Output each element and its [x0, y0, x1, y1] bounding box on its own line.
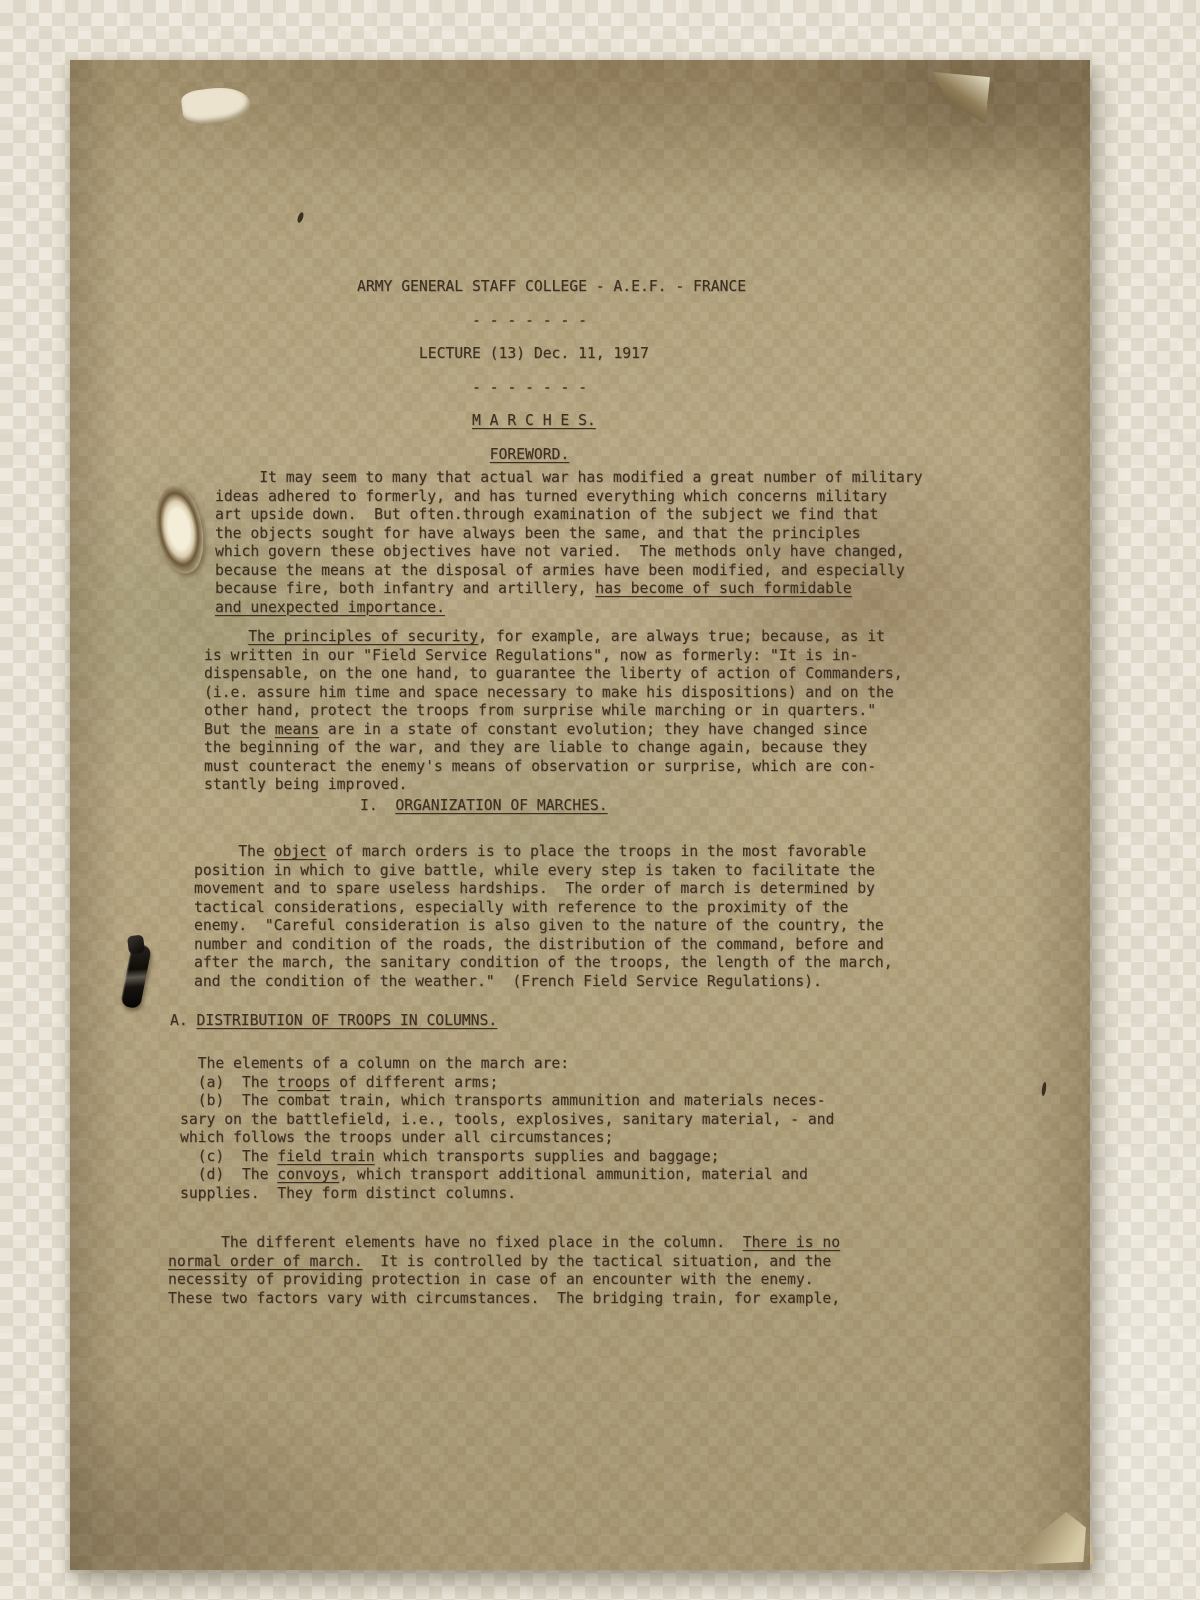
text-line: must counteract the enemy's means of obs… — [204, 758, 903, 777]
text-line: and the condition of the weather." (Fren… — [194, 973, 893, 992]
text-segment: other hand, protect the troops from surp… — [204, 702, 876, 719]
organization-paragraph: The object of march orders is to place t… — [194, 843, 893, 991]
text-segment: after the march, the sanitary condition … — [194, 954, 893, 971]
text-line: the objects sought for have always been … — [215, 525, 922, 544]
text-line: movement and to spare useless hardships.… — [194, 880, 893, 899]
text-line: the beginning of the war, and they are l… — [204, 739, 903, 758]
column-elements-list: The elements of a column on the march ar… — [180, 1055, 834, 1203]
underlined-text: convoys — [277, 1166, 339, 1183]
text-segment: LECTURE (13) Dec. 11, 1917 — [357, 345, 649, 362]
text-segment: (b) The combat train, which transports a… — [180, 1092, 826, 1109]
text-segment: must counteract the enemy's means of obs… — [204, 758, 876, 775]
text-segment: It may seem to many that actual war has … — [215, 469, 922, 486]
text-segment: art upside down. But often.through exami… — [215, 506, 878, 523]
text-segment: (c) The — [180, 1148, 277, 1165]
text-line: M A R C H E S. — [357, 404, 746, 438]
text-segment: , for example, are always true; because,… — [478, 628, 885, 645]
text-segment: I. — [360, 797, 395, 814]
text-segment — [357, 412, 472, 429]
section-heading-a: A. DISTRIBUTION OF TROOPS IN COLUMNS. — [170, 1012, 497, 1031]
text-line: because fire, both infantry and artiller… — [215, 580, 922, 599]
text-segment: A. — [170, 1012, 197, 1029]
text-line: A. DISTRIBUTION OF TROOPS IN COLUMNS. — [170, 1012, 497, 1031]
text-line: FOREWORD. — [357, 438, 746, 472]
underlined-text: The principles of security — [248, 628, 478, 645]
text-segment: the objects sought for have always been … — [215, 525, 861, 542]
text-segment: because the means at the disposal of arm… — [215, 562, 905, 579]
underlined-text: and unexpected importance. — [215, 599, 445, 616]
typewritten-text: ARMY GENERAL STAFF COLLEGE - A.E.F. - FR… — [70, 60, 1090, 1570]
text-line: position in which to give battle, while … — [194, 862, 893, 881]
text-segment: (i.e. assure him time and space necessar… — [204, 684, 894, 701]
text-line: ideas adhered to formerly, and has turne… — [215, 488, 922, 507]
underlined-text: field train — [277, 1148, 374, 1165]
text-segment: - - - - - - - — [357, 312, 587, 329]
text-line: necessity of providing protection in cas… — [168, 1271, 840, 1290]
text-segment: the beginning of the war, and they are l… — [204, 739, 867, 756]
text-line: sary on the battlefield, i.e., tools, ex… — [180, 1111, 834, 1130]
text-segment: of different arms; — [330, 1074, 498, 1091]
text-segment: The different elements have no fixed pla… — [168, 1234, 743, 1251]
text-line: after the march, the sanitary condition … — [194, 954, 893, 973]
text-line: (d) The convoys, which transport additio… — [180, 1166, 834, 1185]
text-line: I. ORGANIZATION OF MARCHES. — [360, 797, 608, 816]
text-line: art upside down. But often.through exami… — [215, 506, 922, 525]
text-segment: is written in our "Field Service Regulat… — [204, 647, 858, 664]
text-line: (a) The troops of different arms; — [180, 1074, 834, 1093]
underlined-text: troops — [277, 1074, 330, 1091]
text-line: enemy. "Careful consideration is also gi… — [194, 917, 893, 936]
text-line: (b) The combat train, which transports a… — [180, 1092, 834, 1111]
text-segment: of march orders is to place the troops i… — [327, 843, 866, 860]
text-segment: necessity of providing protection in cas… — [168, 1271, 814, 1288]
text-segment: These two factors vary with circumstance… — [168, 1290, 840, 1307]
text-line: tactical considerations, especially with… — [194, 899, 893, 918]
text-segment: tactical considerations, especially with… — [194, 899, 848, 916]
underlined-text: M A R C H E S. — [472, 412, 596, 429]
underlined-text: means — [275, 721, 319, 738]
foreword-paragraph: It may seem to many that actual war has … — [215, 469, 922, 617]
text-segment: It is controlled by the tactical situati… — [363, 1253, 832, 1270]
text-line: The principles of security, for example,… — [204, 628, 903, 647]
text-segment: (a) The — [180, 1074, 277, 1091]
text-segment: movement and to spare useless hardships.… — [194, 880, 875, 897]
text-segment: which transports supplies and baggage; — [375, 1148, 720, 1165]
text-segment: supplies. They form distinct columns. — [180, 1185, 516, 1202]
text-line: ARMY GENERAL STAFF COLLEGE - A.E.F. - FR… — [357, 270, 746, 304]
underlined-text: object — [274, 843, 327, 860]
text-line: The elements of a column on the march ar… — [180, 1055, 834, 1074]
text-line: and unexpected importance. — [215, 599, 922, 618]
text-segment: sary on the battlefield, i.e., tools, ex… — [180, 1111, 834, 1128]
text-line: The different elements have no fixed pla… — [168, 1234, 840, 1253]
text-segment: , which transport additional ammunition,… — [339, 1166, 808, 1183]
section-heading-one: I. ORGANIZATION OF MARCHES. — [360, 797, 608, 816]
text-segment: position in which to give battle, while … — [194, 862, 875, 879]
text-line: (c) The field train which transports sup… — [180, 1148, 834, 1167]
text-line: which follows the troops under all circu… — [180, 1129, 834, 1148]
text-line: LECTURE (13) Dec. 11, 1917 — [357, 337, 746, 371]
text-line: because the means at the disposal of arm… — [215, 562, 922, 581]
document-header: ARMY GENERAL STAFF COLLEGE - A.E.F. - FR… — [357, 270, 746, 471]
text-segment — [357, 446, 490, 463]
text-segment: because fire, both infantry and artiller… — [215, 580, 595, 597]
underlined-text: has become of such formidable — [595, 580, 851, 597]
order-of-march-paragraph: The different elements have no fixed pla… — [168, 1234, 840, 1308]
text-segment: The elements of a column on the march ar… — [180, 1055, 569, 1072]
text-line: number and condition of the roads, the d… — [194, 936, 893, 955]
text-segment: The — [194, 843, 274, 860]
text-line: (i.e. assure him time and space necessar… — [204, 684, 903, 703]
text-line: is written in our "Field Service Regulat… — [204, 647, 903, 666]
underlined-text: There is no — [743, 1234, 840, 1251]
text-line: normal order of march. It is controlled … — [168, 1253, 840, 1272]
text-segment — [204, 628, 248, 645]
text-line: dispensable, on the one hand, to guarant… — [204, 665, 903, 684]
text-line: The object of march orders is to place t… — [194, 843, 893, 862]
text-segment: enemy. "Careful consideration is also gi… — [194, 917, 884, 934]
text-segment: number and condition of the roads, the d… — [194, 936, 884, 953]
text-segment: (d) The — [180, 1166, 277, 1183]
security-paragraph: The principles of security, for example,… — [204, 628, 903, 795]
text-segment: ideas adhered to formerly, and has turne… — [215, 488, 887, 505]
underlined-text: ORGANIZATION OF MARCHES. — [395, 797, 607, 814]
text-line: stantly being improved. — [204, 776, 903, 795]
text-segment: dispensable, on the one hand, to guarant… — [204, 665, 903, 682]
underlined-text: normal order of march. — [168, 1253, 363, 1270]
underlined-text: DISTRIBUTION OF TROOPS IN COLUMNS. — [197, 1012, 498, 1029]
text-line: supplies. They form distinct columns. — [180, 1185, 834, 1204]
text-line: - - - - - - - — [357, 371, 746, 405]
photo-of-document: { "colors":{"paper":"#b3a381","ink":"#3d… — [0, 0, 1200, 1600]
text-line: - - - - - - - — [357, 304, 746, 338]
text-segment: stantly being improved. — [204, 776, 407, 793]
underlined-text: FOREWORD. — [490, 446, 570, 463]
text-segment: ARMY GENERAL STAFF COLLEGE - A.E.F. - FR… — [357, 278, 746, 295]
text-line: other hand, protect the troops from surp… — [204, 702, 903, 721]
text-segment: - - - - - - - — [357, 379, 587, 396]
text-segment: But the — [204, 721, 275, 738]
text-line: which govern these objectives have not v… — [215, 543, 922, 562]
text-segment: are in a state of constant evolution; th… — [319, 721, 867, 738]
text-segment: which govern these objectives have not v… — [215, 543, 905, 560]
text-segment: and the condition of the weather." (Fren… — [194, 973, 822, 990]
document-page-wrap: ARMY GENERAL STAFF COLLEGE - A.E.F. - FR… — [0, 0, 1200, 1600]
text-line: It may seem to many that actual war has … — [215, 469, 922, 488]
text-line: These two factors vary with circumstance… — [168, 1290, 840, 1309]
text-segment: which follows the troops under all circu… — [180, 1129, 613, 1146]
document-page: ARMY GENERAL STAFF COLLEGE - A.E.F. - FR… — [70, 60, 1090, 1570]
text-line: But the means are in a state of constant… — [204, 721, 903, 740]
